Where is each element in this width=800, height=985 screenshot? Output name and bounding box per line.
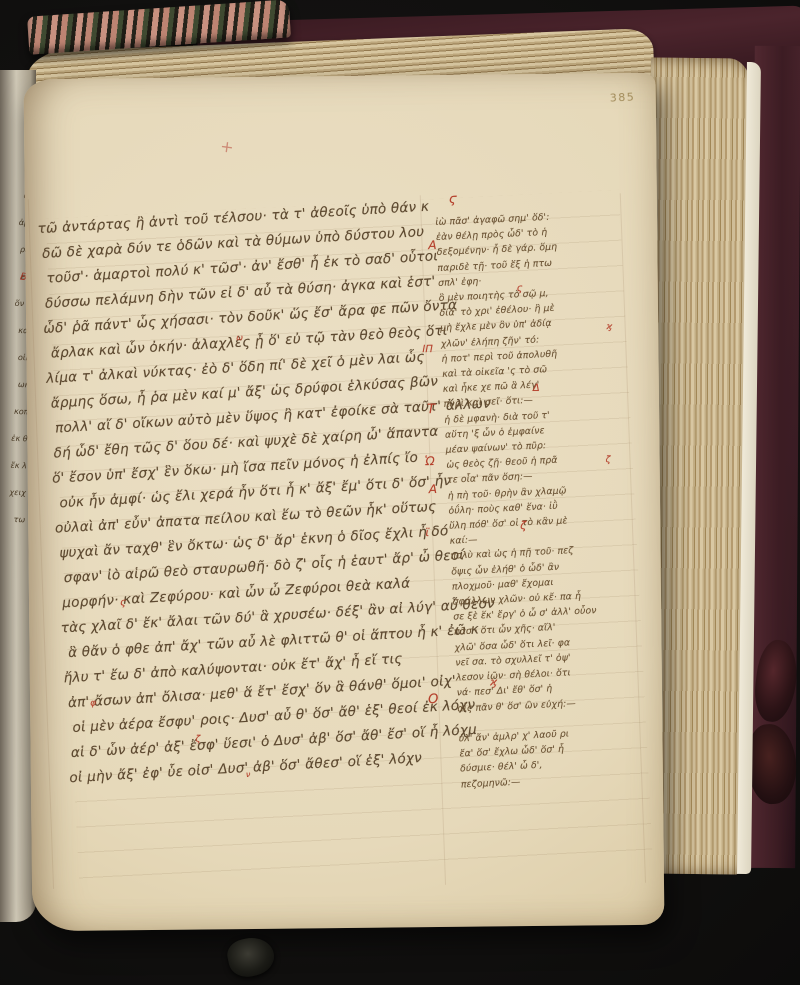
folio-number: 385 — [609, 90, 635, 104]
main-text-column: τῶ ἀντάρτας ἢ ἀντὶ τοῦ τέλσου· τὰ τ' ἀθε… — [37, 194, 479, 792]
faded-cross-icon: + — [219, 136, 235, 157]
text-fragment: ἐκ θ — [0, 424, 28, 452]
parchment-page: + 385 τῶ ἀντάρτας ἢ ἀντὶ τοῦ τέλσου· τὰ … — [24, 73, 665, 932]
clasp-fitting — [225, 934, 278, 981]
manuscript-photo: σωἀμφρεεεἰτὅν ψκαὶοἰκωκκοπἐκ θἔκ λχειχτω… — [0, 0, 800, 985]
text-fragment: ἔκ λ — [0, 451, 27, 479]
text-fragment: κοπ — [0, 397, 29, 425]
text-fragment: τω — [0, 505, 26, 533]
rubric-paragraph-sign: ϛ — [449, 193, 457, 206]
text-fragment: χειχ — [0, 478, 26, 506]
commentary-column: ἰὼ πᾶσ' ἀγαφῶ σημ' ὅδ':ἐὰν θέλῃ πρὸς ὧδ'… — [435, 206, 664, 792]
text-fragment: ωκ — [0, 370, 30, 398]
